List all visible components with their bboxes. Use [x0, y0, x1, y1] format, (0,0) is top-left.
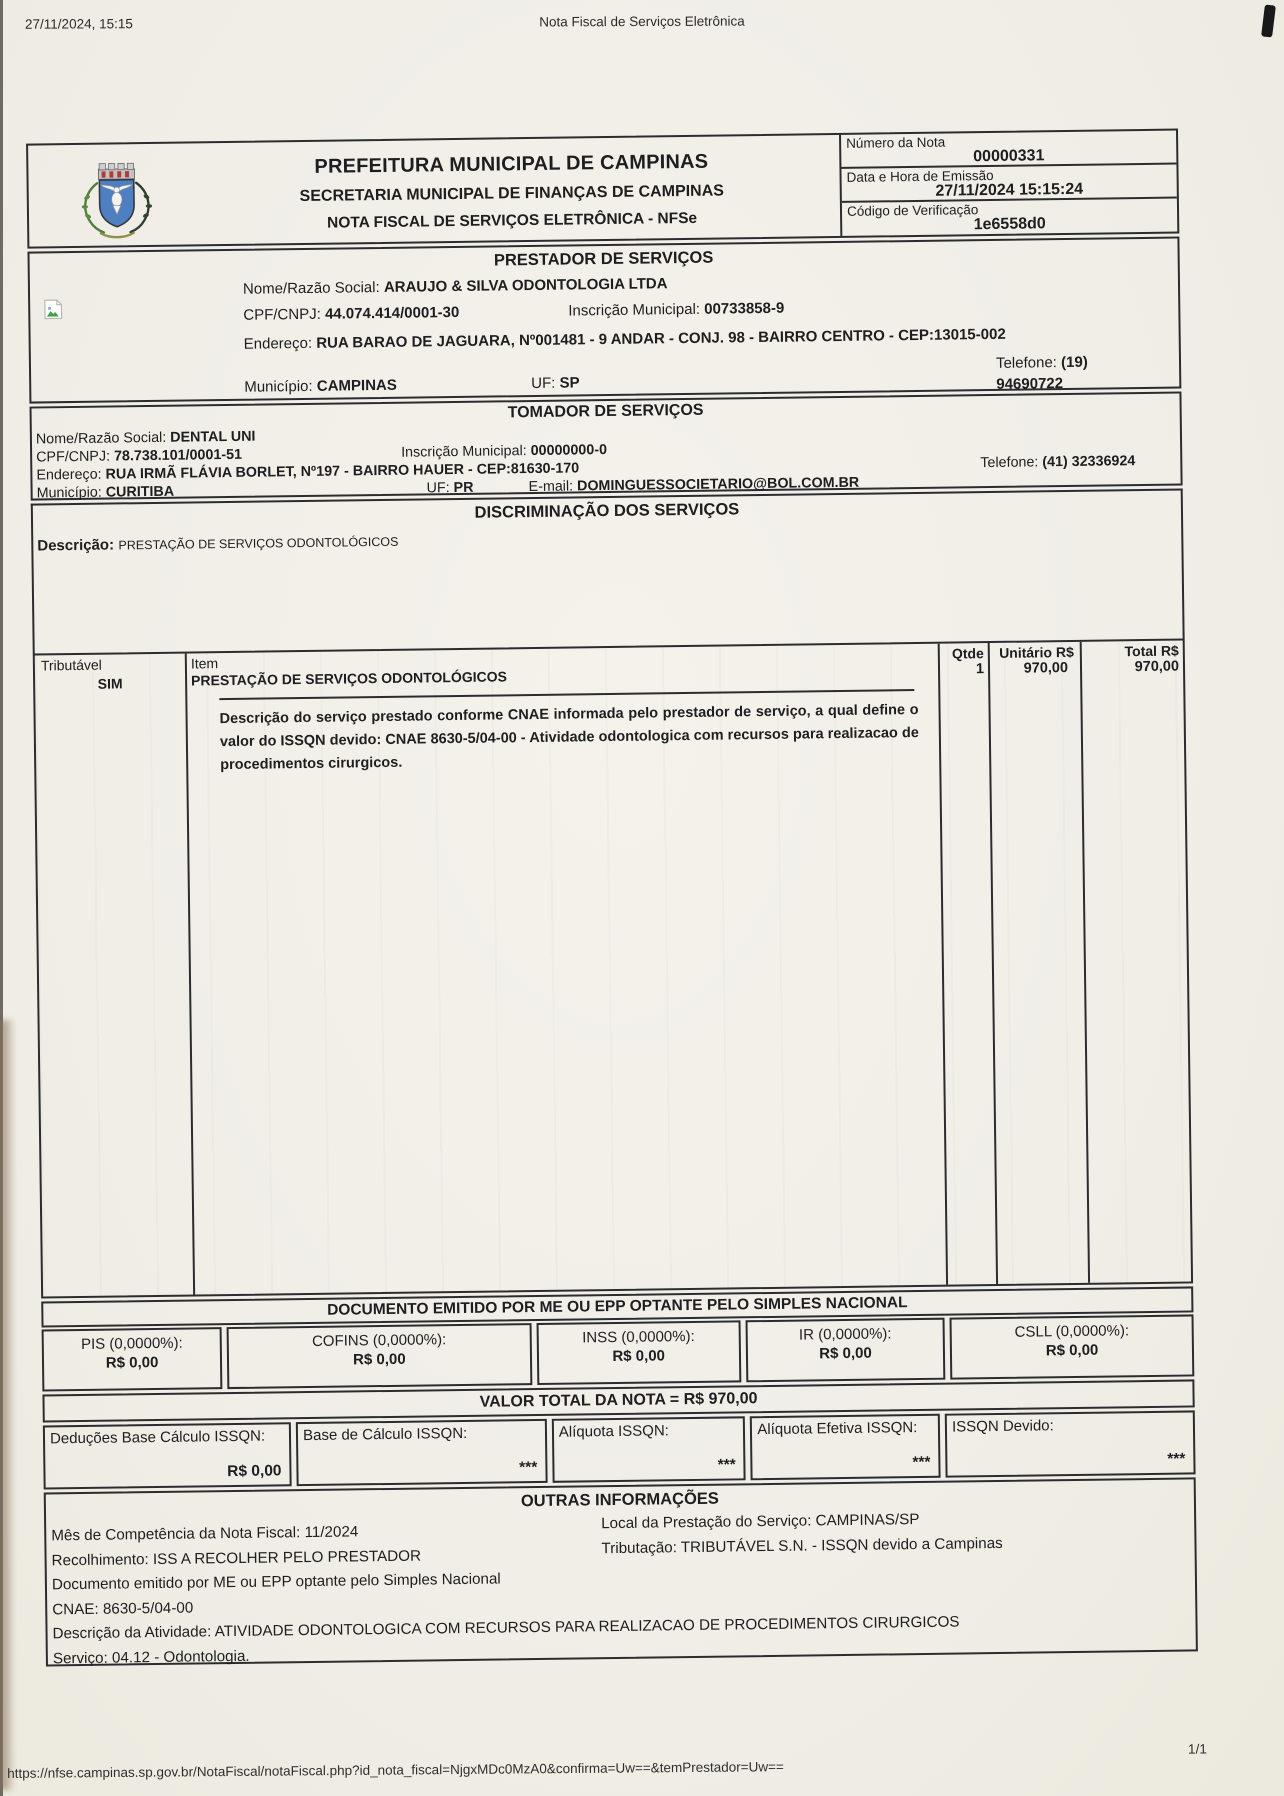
prestador-uf-value: SP	[559, 374, 579, 391]
org-title: PREFEITURA MUNICIPAL DE CAMPINAS	[178, 149, 844, 181]
tomador-name-label: Nome/Razão Social:	[36, 430, 167, 448]
issqn-devido-label: ISSQN Devido:	[952, 1416, 1188, 1436]
issqn-cell-aliquota: Alíquota ISSQN: ***	[552, 1416, 746, 1483]
tomador-name-value: DENTAL UNI	[170, 429, 255, 446]
prestador-im-label: Inscrição Municipal:	[568, 301, 700, 320]
tomador-uf-label: UF:	[427, 480, 450, 496]
column-item: Item PRESTAÇÃO DE SERVIÇOS ODONTOLÓGICOS…	[185, 644, 946, 1295]
campinas-coat-of-arms-icon	[66, 156, 167, 243]
unitario-header: Unitário R$	[994, 644, 1076, 661]
prestador-cnpj-label: CPF/CNPJ:	[243, 306, 321, 324]
tomador-im-value: 00000000-0	[531, 442, 608, 459]
tributavel-value: SIM	[39, 675, 181, 693]
prestador-section: PRESTADOR DE SERVIÇOS Nome/Razão Social:…	[27, 237, 1181, 404]
tomador-email-value: DOMINGUESSOCIETARIO@BOL.COM.BR	[577, 475, 859, 495]
outras-right-column: Local da Prestação do Serviço: CAMPINAS/…	[601, 1507, 1003, 1561]
item-description: Descrição do serviço prestado conforme C…	[219, 699, 919, 777]
issqn-cell-deducoes: Deduções Base Cálculo ISSQN: R$ 0,00	[43, 1422, 292, 1489]
service-description-line: Descrição: PRESTAÇÃO DE SERVIÇOS ODONTOL…	[37, 533, 398, 556]
column-unitario: Unitário R$ 970,00	[988, 642, 1088, 1284]
total-header: Total R$	[1086, 643, 1179, 660]
nfse-document: PREFEITURA MUNICIPAL DE CAMPINAS SECRETA…	[26, 129, 1198, 1670]
pis-value: R$ 0,00	[44, 1353, 220, 1372]
discriminacao-section: DISCRIMINAÇÃO DOS SERVIÇOS Descrição: PR…	[31, 488, 1185, 653]
column-qtde: Qtde 1	[938, 643, 996, 1285]
items-table: Tributável SIM Item PRESTAÇÃO DE SERVIÇO…	[33, 638, 1193, 1298]
footer-page-number: 1/1	[1188, 1741, 1207, 1756]
csll-label: CSLL (0,0000%):	[952, 1321, 1192, 1341]
tax-cell-pis: PIS (0,0000%): R$ 0,00	[42, 1327, 223, 1391]
tomador-name-line: Nome/Razão Social: DENTAL UNI	[36, 429, 256, 448]
verification-code-row: Código de Verificação 1e6558d0	[842, 199, 1177, 232]
aliquota-efetiva-label: Alíquota Efetiva ISSQN:	[757, 1419, 933, 1438]
inss-label: INSS (0,0000%):	[538, 1327, 738, 1347]
footer-url: https://nfse.campinas.sp.gov.br/NotaFisc…	[7, 1759, 784, 1781]
issqn-row: Deduções Base Cálculo ISSQN: R$ 0,00 Bas…	[43, 1410, 1196, 1489]
print-datetime: 27/11/2024, 15:15	[25, 16, 133, 31]
cofins-value: R$ 0,00	[229, 1349, 530, 1370]
prestador-phone: Telefone: (19) 94690722	[996, 351, 1139, 395]
total-value: 970,00	[1086, 659, 1179, 676]
tomador-phone: Telefone: (41) 32336924	[980, 453, 1135, 471]
document-type-title: NOTA FISCAL DE SERVIÇOS ELETRÔNICA - NFS…	[179, 208, 845, 235]
prestador-cnpj-value: 44.074.414/0001-30	[325, 304, 460, 323]
prestador-name-label: Nome/Razão Social:	[243, 279, 380, 298]
tomador-address-label: Endereço:	[36, 467, 101, 484]
qtde-header: Qtde	[944, 645, 984, 662]
prestador-address-label: Endereço:	[244, 335, 313, 353]
outras-left-column: Mês de Competência da Nota Fiscal: 11/20…	[51, 1517, 613, 1671]
qtde-value: 1	[944, 661, 984, 678]
prestador-city-value: CAMPINAS	[317, 377, 397, 395]
issqn-cell-devido: ISSQN Devido: ***	[945, 1410, 1196, 1477]
tomador-phone-value: (41) 32336924	[1042, 453, 1135, 470]
aliquota-value: ***	[718, 1456, 736, 1474]
unitario-value: 970,00	[994, 660, 1076, 677]
prestador-im-value: 00733858-9	[704, 300, 784, 318]
print-title: Nota Fiscal de Serviços Eletrônica	[0, 11, 1284, 32]
header-meta-panel: Número da Nota 00000331 Data e Hora de E…	[839, 131, 1177, 236]
column-total: Total R$ 970,00	[1080, 641, 1191, 1283]
tomador-city-label: Município:	[37, 485, 102, 502]
issqn-devido-value: ***	[1167, 1451, 1185, 1469]
tributavel-header: Tributável	[39, 656, 181, 674]
prestador-name-line: Nome/Razão Social: ARAUJO & SILVA ODONTO…	[243, 275, 668, 298]
tax-cell-ir: IR (0,0000%): R$ 0,00	[745, 1318, 945, 1383]
tributacao-line: Tributação: TRIBUTÁVEL S.N. - ISSQN devi…	[601, 1531, 1003, 1561]
tomador-cnpj-value: 78.738.101/0001-51	[114, 447, 242, 465]
org-subtitle: SECRETARIA MUNICIPAL DE FINANÇAS DE CAMP…	[179, 181, 845, 208]
pis-label: PIS (0,0000%):	[44, 1334, 220, 1353]
scanned-nfse-page: 27/11/2024, 15:15 Nota Fiscal de Serviço…	[0, 0, 1284, 1796]
column-tributavel: Tributável SIM	[35, 654, 193, 1297]
scan-smear-artifact	[0, 1020, 15, 1790]
prestador-address-line: Endereço: RUA BARAO DE JAGUARA, Nº001481…	[244, 321, 1136, 356]
prestador-city-line: Município: CAMPINAS UF: SP	[244, 374, 580, 395]
cofins-label: COFINS (0,0000%):	[229, 1330, 530, 1351]
issqn-cell-base: Base de Cálculo ISSQN: ***	[296, 1419, 548, 1486]
issqn-cell-aliquota-efetiva: Alíquota Efetiva ISSQN: ***	[750, 1414, 941, 1480]
tomador-uf-value: PR	[454, 480, 474, 496]
prestador-address-value: RUA BARAO DE JAGUARA, Nº001481 - 9 ANDAR…	[316, 326, 1006, 352]
print-footer: https://nfse.campinas.sp.gov.br/NotaFisc…	[0, 1741, 1284, 1752]
deducoes-value: R$ 0,00	[227, 1462, 282, 1481]
service-description-label: Descrição:	[37, 536, 114, 554]
tomador-phone-label: Telefone:	[980, 454, 1038, 471]
emission-datetime-row: Data e Hora de Emissão 27/11/2024 15:15:…	[841, 165, 1176, 203]
tax-cell-inss: INSS (0,0000%): R$ 0,00	[536, 1320, 741, 1385]
tomador-city-value: CURITIBA	[106, 484, 175, 501]
item-divider	[219, 689, 914, 700]
aliquota-label: Alíquota ISSQN:	[559, 1421, 739, 1440]
prestador-uf-label: UF:	[531, 375, 555, 392]
header-titles: PREFEITURA MUNICIPAL DE CAMPINAS SECRETA…	[178, 135, 845, 245]
deducoes-label: Deduções Base Cálculo ISSQN:	[50, 1427, 284, 1447]
nota-number-row: Número da Nota 00000331	[841, 131, 1176, 169]
tomador-cnpj-label: CPF/CNPJ:	[36, 449, 110, 466]
broken-image-icon	[42, 297, 64, 321]
base-calculo-value: ***	[519, 1459, 537, 1477]
prestador-name-value: ARAUJO & SILVA ODONTOLOGIA LTDA	[384, 275, 668, 296]
document-header: PREFEITURA MUNICIPAL DE CAMPINAS SECRETA…	[26, 129, 1179, 249]
outras-informacoes-section: OUTRAS INFORMAÇÕES Mês de Competência da…	[44, 1477, 1198, 1666]
federal-taxes-row: PIS (0,0000%): R$ 0,00 COFINS (0,0000%):…	[42, 1314, 1195, 1391]
print-header: 27/11/2024, 15:15 Nota Fiscal de Serviço…	[0, 11, 1284, 32]
inss-value: R$ 0,00	[538, 1346, 738, 1366]
ir-value: R$ 0,00	[748, 1344, 944, 1364]
tax-cell-csll: CSLL (0,0000%): R$ 0,00	[950, 1314, 1195, 1379]
csll-value: R$ 0,00	[952, 1340, 1192, 1360]
prestador-city-label: Município:	[244, 378, 313, 396]
tax-cell-cofins: COFINS (0,0000%): R$ 0,00	[227, 1323, 532, 1389]
service-description-value: PRESTAÇÃO DE SERVIÇOS ODONTOLÓGICOS	[118, 535, 398, 553]
prestador-cnpj-line: CPF/CNPJ: 44.074.414/0001-30 Inscrição M…	[243, 300, 784, 324]
ir-label: IR (0,0000%):	[747, 1325, 943, 1345]
base-calculo-label: Base de Cálculo ISSQN:	[303, 1424, 540, 1444]
tomador-section: TOMADOR DE SERVIÇOS Nome/Razão Social: D…	[30, 392, 1183, 501]
tomador-im-label: Inscrição Municipal:	[401, 443, 527, 461]
aliquota-efetiva-value: ***	[912, 1454, 930, 1472]
tomador-email-label: E-mail:	[528, 478, 573, 495]
prestador-phone-label: Telefone:	[996, 354, 1057, 372]
